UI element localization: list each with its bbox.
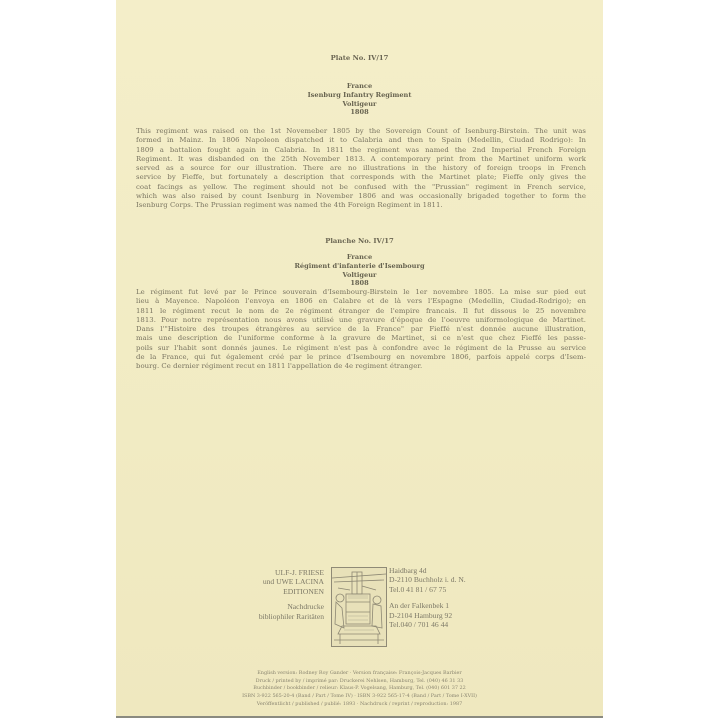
french-line: bourg. Ce dernier régiment recut en 1811… bbox=[136, 362, 586, 371]
french-heading-regiment: Régiment d'infanterie d'Isembourg bbox=[116, 262, 603, 271]
french-line: poils sur l'habit sont donnés jaunes. Le… bbox=[136, 344, 586, 353]
address-line: Tel.040 / 701 46 44 bbox=[389, 620, 519, 629]
english-line: formed in Mainz. In 1806 Napoleon dispat… bbox=[136, 136, 586, 145]
english-line: 1809 a battalion fought again in Calabri… bbox=[136, 146, 586, 155]
credits-block: English version: Rodney Roy Gander · Ver… bbox=[116, 670, 603, 709]
address-line: D-2110 Buchholz i. d. N. bbox=[389, 575, 519, 584]
address-line: Tel.0 41 81 / 67 75 bbox=[389, 585, 519, 594]
english-plate-label: Plate No. IV/17 bbox=[116, 54, 603, 62]
document-page: Plate No. IV/17 France Isenburg Infantry… bbox=[116, 0, 603, 716]
french-line: lieu à Mayence. Napoléon l'envoya en 180… bbox=[136, 297, 586, 306]
credits-line: Buchbinder / bookbinder / relieur: Klaus… bbox=[116, 685, 603, 693]
credits-line: ISBN 3-922 565-20-4 (Band / Part / Tome … bbox=[116, 693, 603, 701]
english-line: service by Fieffe, but fortunately a des… bbox=[136, 173, 586, 182]
english-heading-regiment: Isenburg Infantry Regiment bbox=[116, 91, 603, 100]
french-plate-label: Planche No. IV/17 bbox=[116, 237, 603, 245]
french-heading-rank: Voltigeur bbox=[116, 271, 603, 280]
address-line: Haidbarg 4d bbox=[389, 566, 519, 575]
english-paragraph: This regiment was raised on the 1st Nove… bbox=[136, 127, 586, 210]
publisher-subtitle-line: Nachdrucke bbox=[232, 602, 324, 611]
printing-press-woodcut-icon bbox=[331, 567, 387, 647]
english-heading-country: France bbox=[116, 82, 603, 91]
credits-line: Veröffentlicht / published / publié: 189… bbox=[116, 701, 603, 709]
english-heading: France Isenburg Infantry Regiment Voltig… bbox=[116, 82, 603, 117]
english-line: Isenburg Corps. The Prussian regiment wa… bbox=[136, 201, 586, 210]
publisher-name: ULF-J. FRIESE und UWE LACINA EDITIONEN N… bbox=[232, 568, 324, 621]
publisher-name-line: und UWE LACINA bbox=[232, 577, 324, 586]
credits-line: English version: Rodney Roy Gander · Ver… bbox=[116, 670, 603, 678]
french-line: 1811 le régiment recut le nom de 2e régi… bbox=[136, 307, 586, 316]
publisher-name-line: EDITIONEN bbox=[232, 587, 324, 596]
french-heading-country: France bbox=[116, 253, 603, 262]
french-paragraph: Le régiment fut levé par le Prince souve… bbox=[136, 288, 586, 371]
address-line: An der Falkenbek 1 bbox=[389, 601, 519, 610]
french-line: mais une description de l'uniforme confo… bbox=[136, 334, 586, 343]
english-heading-year: 1808 bbox=[116, 108, 603, 117]
french-line: 1813. Pour notre représentation nous avo… bbox=[136, 316, 586, 325]
english-line: Regiment. It was disbanded on the 25th N… bbox=[136, 155, 586, 164]
french-line: Dans l'"Histoire des troupes étrangères … bbox=[136, 325, 586, 334]
publisher-name-line: ULF-J. FRIESE bbox=[232, 568, 324, 577]
english-line: which was also raised by count Isenburg … bbox=[136, 192, 586, 201]
english-line: This regiment was raised on the 1st Nove… bbox=[136, 127, 586, 136]
french-line: de la France, qui fut également créé par… bbox=[136, 353, 586, 362]
english-heading-rank: Voltigeur bbox=[116, 100, 603, 109]
french-line: Le régiment fut levé par le Prince souve… bbox=[136, 288, 586, 297]
address-line: D-2104 Hamburg 92 bbox=[389, 611, 519, 620]
french-heading: France Régiment d'infanterie d'Isembourg… bbox=[116, 253, 603, 288]
english-line: coat facings as yellow. The regiment sho… bbox=[136, 183, 586, 192]
english-line: served as a source for our illustration.… bbox=[136, 164, 586, 173]
publisher-addresses: Haidbarg 4d D-2110 Buchholz i. d. N. Tel… bbox=[389, 566, 519, 629]
publisher-subtitle-line: bibliophiler Raritäten bbox=[232, 612, 324, 621]
french-heading-year: 1808 bbox=[116, 279, 603, 288]
